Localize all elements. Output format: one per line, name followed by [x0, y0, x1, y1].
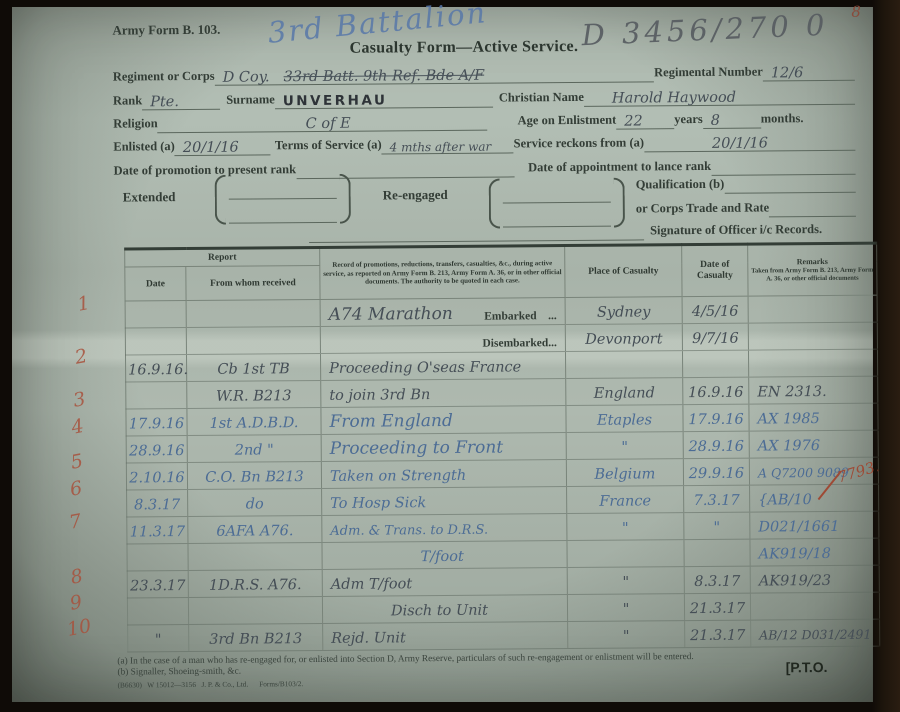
- casualty-date: 4/5/16: [692, 304, 739, 320]
- record-entry: [323, 350, 483, 351]
- report-date: 28.9.16: [129, 443, 184, 459]
- report-date: 2.10.16: [129, 470, 184, 486]
- report-source: 6AFA A76.: [216, 523, 293, 540]
- surname-label: Surname: [226, 92, 275, 109]
- remarks-column-header: Remarks Taken from Army Form B. 213, Arm…: [748, 243, 877, 296]
- casualty-date: 29.9.16: [689, 466, 744, 482]
- remarks-value: AK919/23: [759, 573, 831, 590]
- remarks-value: D021/1661: [758, 519, 839, 536]
- report-date: 17.9.16: [129, 416, 184, 432]
- reengaged-label: Re-engaged: [383, 187, 448, 204]
- regimental-number-value: 12/6: [771, 66, 804, 81]
- age-months-value: 8: [711, 113, 720, 128]
- corps-trade-line: or Corps Trade and Rate: [636, 196, 856, 219]
- casualty-date: 17.9.16: [688, 412, 743, 428]
- remarks-value: AB/12 D031/2491: [759, 627, 871, 643]
- place-value: ": [623, 629, 630, 645]
- place-value: Sydney: [597, 304, 651, 320]
- regiment-label: Regiment or Corps: [113, 69, 215, 87]
- regiment-value: D Coy.: [223, 70, 270, 85]
- place-value: ": [623, 602, 630, 618]
- casualty-table: Report Record of promotions, reductions,…: [124, 242, 880, 653]
- extended-entry-bracket: [215, 174, 351, 225]
- remarks-value: AK919/18: [759, 546, 831, 563]
- report-source: Cb 1st TB: [217, 361, 290, 378]
- margin-number: 4: [70, 415, 86, 439]
- place-value: France: [599, 493, 651, 509]
- age-label: Age on Enlistment: [518, 113, 617, 131]
- christian-name-value: Harold Haywood: [612, 90, 736, 105]
- religion-value: C of E: [306, 116, 351, 131]
- scanned-document-photo: Army Form B. 103. 3rd Battalion Casualty…: [0, 0, 900, 712]
- report-date: 8.3.17: [134, 497, 180, 513]
- rank-value: Pte.: [150, 95, 179, 110]
- remarks-value: {AB/10: [758, 492, 812, 508]
- remarks-value: EN 2313.: [757, 384, 827, 401]
- margin-number: 1: [76, 292, 92, 316]
- disembarked-label: Disembarked...: [482, 337, 563, 350]
- qualification-label: Qualification (b): [636, 177, 725, 195]
- embarked-label: Embarked ...: [484, 310, 563, 323]
- record-entry: Adm. & Trans. to D.R.S.: [330, 523, 488, 539]
- place-value: ": [622, 521, 629, 537]
- margin-number: 7: [67, 510, 83, 534]
- report-source: 1D.R.S. A76.: [209, 577, 302, 594]
- casualty-date: 9/7/16: [692, 331, 739, 347]
- record-entry: Rejd. Unit: [331, 630, 406, 647]
- casualty-date-column-header: Date of Casualty: [682, 244, 748, 297]
- place-value: Belgium: [594, 466, 655, 482]
- margin-number: 10: [65, 615, 93, 641]
- record-entry: T/foot: [421, 549, 464, 565]
- report-source: C.O. Bn B213: [205, 469, 304, 486]
- age-years-value: 22: [624, 114, 643, 129]
- enlisted-value: 20/1/16: [183, 140, 239, 155]
- form-paper: Army Form B. 103. 3rd Battalion Casualty…: [12, 7, 873, 702]
- report-source: 2nd ": [235, 442, 274, 458]
- place-value: ": [622, 575, 629, 591]
- rank-label: Rank: [113, 93, 142, 110]
- enlisted-label: Enlisted (a): [113, 139, 175, 156]
- record-entry: To Hosp Sick: [330, 495, 426, 512]
- record-entry: Taken on Strength: [330, 468, 466, 485]
- surname-value: UNVERHAU: [283, 94, 388, 108]
- place-column-header: Place of Casualty: [565, 245, 682, 298]
- record-entry: Adm T/foot: [331, 576, 412, 593]
- place-value: England: [594, 385, 655, 401]
- margin-number: 2: [73, 345, 89, 369]
- christian-name-label: Christian Name: [499, 90, 584, 108]
- religion-line: Religion C of E Age on Enlistment 22 yea…: [113, 107, 855, 134]
- place-value: Etaples: [597, 412, 652, 428]
- pencil-file-number: D 3456/270 0: [581, 8, 829, 53]
- terms-of-service-label: Terms of Service (a): [275, 137, 382, 155]
- report-date: 16.9.16.: [128, 362, 188, 378]
- record-entry: Proceeding O'seas France: [329, 359, 521, 377]
- report-source: do: [246, 496, 264, 512]
- remarks-value: AX 1976: [758, 438, 820, 454]
- form-title: Casualty Form—Active Service.: [350, 38, 579, 58]
- report-source: 1st A.D.B.D.: [210, 415, 299, 432]
- rank-line: Rank Pte. Surname UNVERHAU Christian Nam…: [113, 84, 855, 111]
- form-reference: Army Form B. 103.: [112, 22, 220, 39]
- margin-number: 9: [68, 591, 84, 615]
- corps-trade-label: or Corps Trade and Rate: [636, 200, 769, 218]
- record-column-header: Record of promotions, reductions, transf…: [320, 246, 565, 300]
- remarks-title: Remarks: [797, 257, 828, 266]
- photo-edge: [872, 0, 900, 712]
- casualty-date: 21.3.17: [690, 628, 745, 644]
- table-row: " 3rd Bn B213 Rejd. Unit " 21.3.17 AB/12…: [128, 619, 880, 652]
- casualty-date: 16.9.16: [688, 385, 743, 401]
- signature-label: Signature of Officer i/c Records.: [650, 222, 822, 240]
- casualty-date: 8.3.17: [694, 574, 740, 590]
- terms-of-service-value: 4 mths after war: [390, 141, 492, 154]
- table-header-row-1: Report Record of promotions, reductions,…: [125, 243, 877, 267]
- report-header: Report: [125, 247, 320, 267]
- place-value: Devonport: [585, 331, 662, 348]
- printer-imprint: (B6630) W 15012—3156 J. P. & Co., Ltd. F…: [118, 675, 860, 690]
- extended-label: Extended: [123, 189, 176, 205]
- service-reckons-label: Service reckons from (a): [514, 135, 645, 153]
- margin-number: 8: [69, 565, 85, 589]
- religion-label: Religion: [113, 116, 158, 133]
- report-source: W.R. B213: [216, 388, 292, 405]
- place-value: ": [621, 440, 628, 456]
- margin-number: 5: [69, 450, 85, 474]
- months-label: months.: [761, 111, 804, 128]
- record-entry: A74 Marathon: [323, 306, 485, 324]
- report-date: 11.3.17: [130, 524, 185, 540]
- margin-number: 3: [71, 388, 87, 412]
- remarks-value: AX 1985: [757, 411, 819, 427]
- date-column-header: Date: [125, 267, 186, 301]
- enlisted-line: Enlisted (a) 20/1/16 Terms of Service (a…: [113, 130, 855, 157]
- casualty-date: ": [713, 520, 720, 536]
- signature-line: Signature of Officer i/c Records.: [309, 218, 856, 243]
- pto-mark: [P.T.O.: [786, 659, 828, 675]
- report-date: ": [155, 632, 162, 648]
- margin-number: 6: [68, 477, 84, 501]
- from-whom-column-header: From whom received: [186, 265, 320, 300]
- corner-mark: 8: [851, 3, 861, 21]
- casualty-date: 21.3.17: [690, 601, 745, 617]
- qualification-line: Qualification (b): [636, 172, 856, 195]
- report-date: 23.3.17: [130, 578, 185, 594]
- record-entry: From England: [329, 411, 452, 432]
- casualty-date: 7.3.17: [694, 493, 740, 509]
- record-entry: Disch to Unit: [391, 603, 488, 620]
- record-entry: to join 3rd Bn: [329, 387, 430, 404]
- service-reckons-value: 20/1/16: [712, 136, 768, 151]
- remarks-subtitle: Taken from Army Form B. 213, Army Form A…: [750, 267, 874, 284]
- record-entry: Proceeding to Front: [330, 438, 504, 459]
- casualty-date: 28.9.16: [688, 439, 743, 455]
- report-source: 3rd Bn B213: [209, 631, 302, 648]
- regimental-number-label: Regimental Number: [654, 64, 763, 82]
- regiment-line: Regiment or Corps D Coy.33rd Batt. 9th R…: [113, 60, 855, 87]
- regiment-value-struck: 33rd Batt. 9th Ref. Bde A/F: [284, 68, 485, 84]
- years-label: years: [674, 112, 703, 129]
